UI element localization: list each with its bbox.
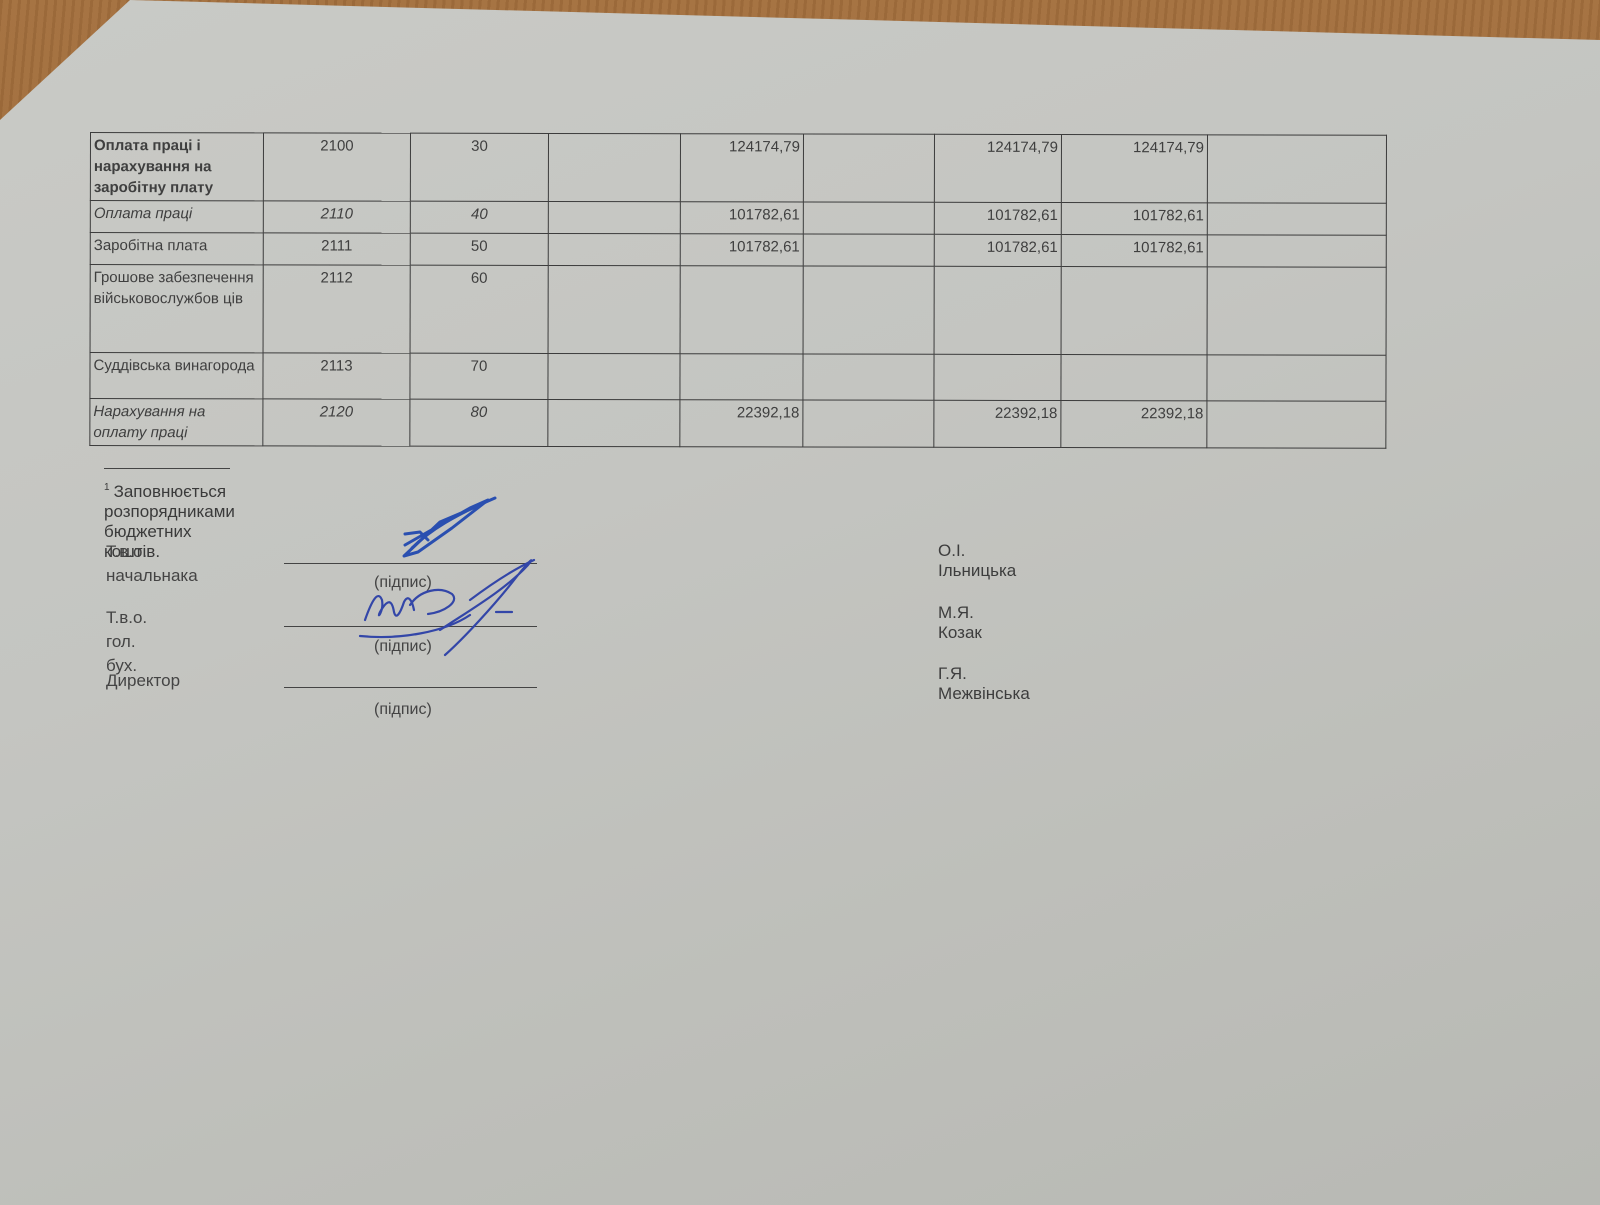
amount-cell-c6 xyxy=(1207,235,1386,267)
amount-cell-c1 xyxy=(548,265,680,353)
signature-role-director: Директор xyxy=(106,669,180,693)
amount-cell-c2 xyxy=(680,354,803,400)
signature-line-acting-chief-accountant xyxy=(284,626,537,627)
amount-cell-c1 xyxy=(548,353,680,399)
signature-line-director xyxy=(284,687,537,688)
amount-cell-c4: 22392,18 xyxy=(934,400,1061,447)
signature-role-acting-chief-accountant: Т.в.о. гол. бух. xyxy=(106,606,147,678)
economic-code: 2112 xyxy=(263,265,410,353)
amount-cell-c5: 22392,18 xyxy=(1061,401,1207,448)
signature-caption: (підпис) xyxy=(374,701,432,719)
economic-code: 2100 xyxy=(263,133,410,201)
footnote-mark: 1 xyxy=(104,482,110,493)
line-code: 80 xyxy=(410,399,548,446)
amount-cell-c3 xyxy=(803,134,934,202)
footnote-rule xyxy=(104,468,230,469)
amount-cell-c1 xyxy=(548,399,680,446)
amount-cell-c3 xyxy=(803,266,934,354)
amount-cell-c5 xyxy=(1061,267,1207,355)
amount-cell-c4: 124174,79 xyxy=(934,134,1061,202)
amount-cell-c3 xyxy=(803,202,934,234)
amount-cell-c3 xyxy=(803,234,934,266)
line-code: 40 xyxy=(410,201,548,233)
row-label: Заробітна плата xyxy=(90,233,263,265)
economic-code: 2113 xyxy=(263,353,410,399)
table-row: Суддівська винагорода211370 xyxy=(90,353,1386,402)
amount-cell-c2: 22392,18 xyxy=(680,400,803,447)
line-code: 30 xyxy=(410,133,548,201)
economic-code: 2110 xyxy=(263,201,410,233)
signatory-name-director: Г.Я. Межвінська xyxy=(938,664,1030,704)
amount-cell-c6 xyxy=(1207,135,1386,203)
economic-code: 2120 xyxy=(263,399,410,446)
amount-cell-c1 xyxy=(548,133,680,201)
amount-cell-c6 xyxy=(1207,203,1386,235)
amount-cell-c2 xyxy=(680,266,803,354)
table-row: Оплата праці211040101782,61101782,611017… xyxy=(90,201,1386,236)
amount-cell-c6 xyxy=(1207,267,1386,355)
amount-cell-c2: 101782,61 xyxy=(680,234,803,266)
signature-caption: (підпис) xyxy=(374,574,432,592)
amount-cell-c4 xyxy=(934,266,1061,354)
signature-line-acting-head xyxy=(284,563,537,564)
amount-cell-c5: 124174,79 xyxy=(1061,135,1207,203)
row-label: Оплата праці xyxy=(90,201,263,233)
budget-table: Оплата праці і нарахування на заробітну … xyxy=(89,132,1387,449)
amount-cell-c2: 124174,79 xyxy=(680,134,803,202)
table-row: Грошове забезпечення військовослужбов ці… xyxy=(90,265,1386,356)
amount-cell-c6 xyxy=(1207,401,1386,448)
row-label: Оплата праці і нарахування на заробітну … xyxy=(90,133,263,201)
amount-cell-c4: 101782,61 xyxy=(934,234,1061,266)
amount-cell-c5: 101782,61 xyxy=(1061,235,1207,267)
signatory-name-acting-head: О.І. Ільницька xyxy=(938,541,1016,581)
amount-cell-c6 xyxy=(1207,355,1386,401)
row-label: Грошове забезпечення військовослужбов ці… xyxy=(90,265,263,353)
line-code: 60 xyxy=(410,265,548,353)
amount-cell-c1 xyxy=(548,233,680,265)
economic-code: 2111 xyxy=(263,233,410,265)
line-code: 70 xyxy=(410,353,548,399)
amount-cell-c4: 101782,61 xyxy=(934,202,1061,234)
signature-caption: (підпис) xyxy=(374,638,432,656)
amount-cell-c1 xyxy=(548,201,680,233)
amount-cell-c5: 101782,61 xyxy=(1061,203,1207,235)
amount-cell-c3 xyxy=(803,354,934,400)
line-code: 50 xyxy=(410,233,548,265)
amount-cell-c3 xyxy=(803,400,934,447)
amount-cell-c2: 101782,61 xyxy=(680,202,803,234)
signature-role-acting-head: Т.в.о. начальнака xyxy=(106,540,216,588)
amount-cell-c5 xyxy=(1061,355,1207,401)
table-row: Нарахування на оплату праці21208022392,1… xyxy=(90,399,1386,449)
table-row: Заробітна плата211150101782,61101782,611… xyxy=(90,233,1386,268)
amount-cell-c4 xyxy=(934,354,1061,400)
row-label: Суддівська винагорода xyxy=(90,353,263,399)
signatory-name-acting-chief-accountant: М.Я. Козак xyxy=(938,603,982,643)
table-row: Оплата праці і нарахування на заробітну … xyxy=(90,133,1386,204)
row-label: Нарахування на оплату праці xyxy=(90,399,263,446)
